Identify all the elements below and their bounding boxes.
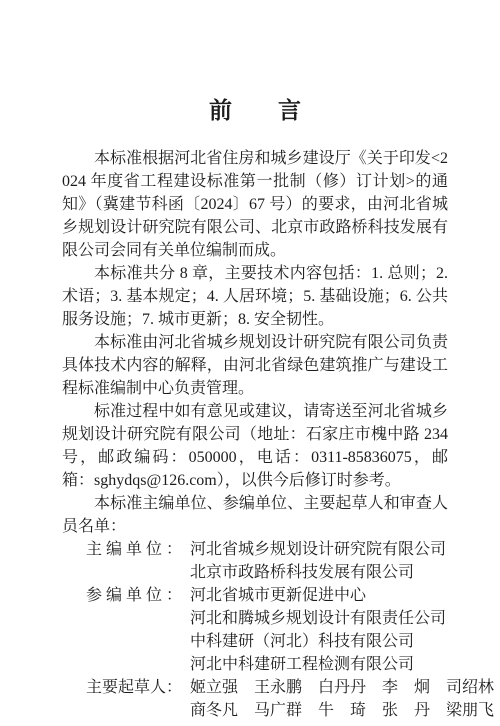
chief-drafters-list: 姬立强 王永鹏 白丹丹 李 炯 司绍林 商冬凡 马广群 牛 琦 张 丹 梁朋飞 bbox=[190, 676, 494, 722]
participating-unit: 河北和腾城乡规划设计有限责任公司 bbox=[190, 607, 446, 630]
chief-drafters-names: 商冬凡 马广群 牛 琦 张 丹 梁朋飞 bbox=[190, 699, 494, 722]
participating-unit: 河北中科建研工程检测有限公司 bbox=[190, 653, 446, 676]
paragraph-interpretation: 本标准由河北省城乡规划设计研究院有限公司负责具体技术内容的解释，由河北省绿色建筑… bbox=[62, 331, 448, 400]
chief-drafters-names: 姬立强 王永鹏 白丹丹 李 炯 司绍林 bbox=[190, 676, 494, 699]
chief-editing-unit: 河北省城乡规划设计研究院有限公司 bbox=[190, 538, 446, 561]
paragraph-basis: 本标准根据河北省住房和城乡建设厅《关于印发<2024 年度省工程建设标准第一批制… bbox=[62, 147, 448, 262]
paragraph-chapters: 本标准共分 8 章，主要技术内容包括：1. 总则；2. 术语；3. 基本规定；4… bbox=[62, 262, 448, 331]
credit-row-chief-editing-units: 主 编 单 位 ： 河北省城乡规划设计研究院有限公司 北京市政路桥科技发展有限公… bbox=[86, 538, 448, 584]
credit-row-chief-drafters: 主要起草人： 姬立强 王永鹏 白丹丹 李 炯 司绍林 商冬凡 马广群 牛 琦 张… bbox=[86, 676, 448, 722]
credits-section: 主 编 单 位 ： 河北省城乡规划设计研究院有限公司 北京市政路桥科技发展有限公… bbox=[62, 538, 448, 722]
participating-unit: 河北省城市更新促进中心 bbox=[190, 584, 446, 607]
participating-units-label: 参 编 单 位 ： bbox=[86, 584, 182, 607]
chief-drafters-label: 主要起草人： bbox=[86, 676, 182, 699]
document-page: 前 言 本标准根据河北省住房和城乡建设厅《关于印发<2024 年度省工程建设标准… bbox=[0, 0, 500, 726]
chief-editing-unit: 北京市政路桥科技发展有限公司 bbox=[190, 561, 446, 584]
paragraph-feedback-contact: 标准过程中如有意见或建议，请寄送至河北省城乡规划设计研究院有限公司（地址：石家庄… bbox=[62, 400, 448, 492]
chief-editing-units-list: 河北省城乡规划设计研究院有限公司 北京市政路桥科技发展有限公司 bbox=[190, 538, 446, 584]
paragraph-credits-intro: 本标准主编单位、参编单位、主要起草人和审查人员名单： bbox=[62, 492, 448, 538]
page-title: 前 言 bbox=[62, 97, 448, 125]
participating-units-list: 河北省城市更新促进中心 河北和腾城乡规划设计有限责任公司 中科建研（河北）科技有… bbox=[190, 584, 446, 676]
chief-editing-units-label: 主 编 单 位 ： bbox=[86, 538, 182, 561]
participating-unit: 中科建研（河北）科技有限公司 bbox=[190, 630, 446, 653]
credit-row-participating-units: 参 编 单 位 ： 河北省城市更新促进中心 河北和腾城乡规划设计有限责任公司 中… bbox=[86, 584, 448, 676]
